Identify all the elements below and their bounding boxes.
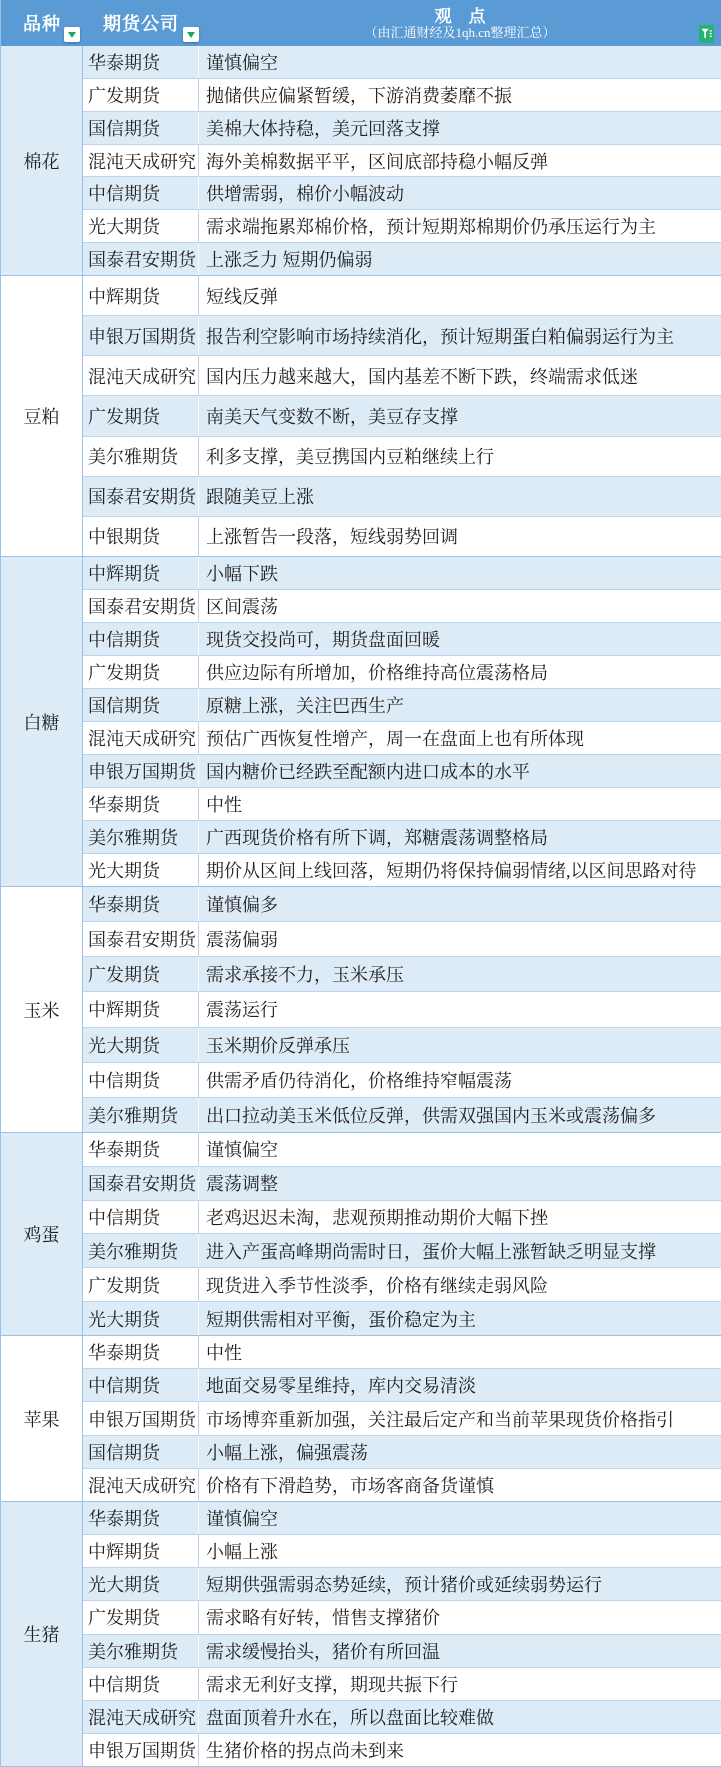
company-cell: 光大期货 <box>83 1302 199 1335</box>
opinion-cell: 小幅上涨，偏强震荡 <box>199 1436 721 1468</box>
company-cell: 华泰期货 <box>83 788 199 820</box>
opinion-cell: 谨慎偏空 <box>199 1502 721 1534</box>
opinion-cell: 海外美棉数据平平，区间底部持稳小幅反弹 <box>199 145 721 177</box>
company-cell: 中辉期货 <box>83 557 199 589</box>
opinion-cell: 需求承接不力，玉米承压 <box>199 957 721 991</box>
funnel-icon[interactable] <box>699 25 714 43</box>
opinion-cell: 原糖上涨，关注巴西生产 <box>199 689 721 721</box>
opinion-cell: 进入产蛋高峰期尚需时日，蛋价大幅上涨暂缺乏明显支撑 <box>199 1234 721 1267</box>
opinion-row: 光大期货短期供强需弱态势延续，预计猪价或延续弱势运行 <box>83 1568 721 1601</box>
commodity-cell: 棉花 <box>1 46 83 275</box>
commodity-section: 苹果华泰期货中性中信期货地面交易零星维持，库内交易清淡申银万国期货市场博弈重新加… <box>1 1336 721 1502</box>
company-filter-button[interactable] <box>183 27 199 42</box>
variety-filter-button[interactable] <box>64 27 80 42</box>
company-cell: 中信期货 <box>83 1668 199 1700</box>
company-cell: 广发期货 <box>83 1601 199 1633</box>
company-cell: 国泰君安期货 <box>83 243 199 275</box>
company-cell: 华泰期货 <box>83 1502 199 1534</box>
company-cell: 光大期货 <box>83 210 199 242</box>
opinion-row: 光大期货短期供需相对平衡，蛋价稳定为主 <box>83 1302 721 1335</box>
opinion-cell: 短线反弹 <box>199 276 721 315</box>
company-cell: 中银期货 <box>83 517 199 556</box>
opinion-cell: 现货交投尚可，期货盘面回暖 <box>199 623 721 655</box>
opinion-cell: 利多支撑，美豆携国内豆粕继续上行 <box>199 437 721 476</box>
company-cell: 混沌天成研究 <box>83 722 199 754</box>
company-header-label: 期货公司 <box>103 10 179 36</box>
opinion-cell: 短期供需相对平衡，蛋价稳定为主 <box>199 1302 721 1335</box>
company-cell: 光大期货 <box>83 1568 199 1600</box>
company-cell: 广发期货 <box>83 656 199 688</box>
opinion-cell: 小幅上涨 <box>199 1535 721 1567</box>
opinion-cell: 报告利空影响市场持续消化，预计短期蛋白粕偏弱运行为主 <box>199 316 721 355</box>
variety-header-label: 品种 <box>23 10 61 36</box>
opinion-cell: 预估广西恢复性增产，周一在盘面上也有所体现 <box>199 722 721 754</box>
opinion-cell: 震荡偏弱 <box>199 922 721 956</box>
company-cell: 国泰君安期货 <box>83 1167 199 1200</box>
opinion-cell: 现货进入季节性淡季，价格有继续走弱风险 <box>199 1268 721 1301</box>
company-cell: 申银万国期货 <box>83 1402 199 1434</box>
opinion-row: 国泰君安期货上涨乏力 短期仍偏弱 <box>83 243 721 275</box>
opinion-row: 美尔雅期货进入产蛋高峰期尚需时日，蛋价大幅上涨暂缺乏明显支撑 <box>83 1234 721 1268</box>
opinion-cell: 盘面顶着升水在，所以盘面比较难做 <box>199 1701 721 1733</box>
company-cell: 国信期货 <box>83 112 199 144</box>
commodity-cell: 生猪 <box>1 1502 83 1766</box>
opinion-cell: 国内糖价已经跌至配额内进口成本的水平 <box>199 755 721 787</box>
opinion-row: 华泰期货中性 <box>83 788 721 821</box>
company-cell: 中辉期货 <box>83 1535 199 1567</box>
chevron-down-icon <box>68 32 76 38</box>
opinion-row: 光大期货期价从区间上线回落，短期仍将保持偏弱情绪,以区间思路对待 <box>83 854 721 886</box>
opinion-cell: 上涨乏力 短期仍偏弱 <box>199 243 721 275</box>
opinion-row: 中辉期货小幅上涨 <box>83 1535 721 1568</box>
company-cell: 中信期货 <box>83 1369 199 1401</box>
opinion-row: 国泰君安期货震荡调整 <box>83 1167 721 1201</box>
opinion-cell: 期价从区间上线回落，短期仍将保持偏弱情绪,以区间思路对待 <box>199 854 721 886</box>
opinion-cell: 供增需弱，棉价小幅波动 <box>199 177 721 209</box>
opinion-row: 广发期货抛储供应偏紧暂缓，下游消费萎靡不振 <box>83 79 721 112</box>
opinion-cell: 跟随美豆上涨 <box>199 477 721 516</box>
opinion-cell: 小幅下跌 <box>199 557 721 589</box>
opinion-row: 美尔雅期货利多支撑，美豆携国内豆粕继续上行 <box>83 437 721 477</box>
opinion-row: 中辉期货短线反弹 <box>83 276 721 316</box>
opinion-row: 华泰期货谨慎偏空 <box>83 46 721 79</box>
opinion-row: 混沌天成研究海外美棉数据平平，区间底部持稳小幅反弹 <box>83 145 721 178</box>
commodity-section: 生猪华泰期货谨慎偏空中辉期货小幅上涨光大期货短期供强需弱态势延续，预计猪价或延续… <box>1 1502 721 1767</box>
company-cell: 国信期货 <box>83 689 199 721</box>
company-cell: 华泰期货 <box>83 46 199 78</box>
company-cell: 混沌天成研究 <box>83 356 199 395</box>
chevron-down-icon <box>187 32 195 38</box>
opinion-row: 光大期货玉米期价反弹承压 <box>83 1028 721 1063</box>
opinion-row: 广发期货现货进入季节性淡季，价格有继续走弱风险 <box>83 1268 721 1302</box>
opinion-cell: 需求端拖累郑棉价格，预计短期郑棉期价仍承压运行为主 <box>199 210 721 242</box>
opinion-cell: 震荡运行 <box>199 992 721 1026</box>
opinion-row: 中信期货老鸡迟迟未淘，悲观预期推动期价大幅下挫 <box>83 1201 721 1235</box>
company-cell: 美尔雅期货 <box>83 437 199 476</box>
opinion-row: 华泰期货谨慎偏空 <box>83 1502 721 1535</box>
opinion-row: 申银万国期货生猪价格的拐点尚未到来 <box>83 1734 721 1766</box>
opinion-cell: 美棉大体持稳，美元回落支撑 <box>199 112 721 144</box>
opinion-row: 混沌天成研究价格有下滑趋势，市场客商备货谨慎 <box>83 1469 721 1501</box>
variety-column-header: 品种 <box>1 0 83 46</box>
table-header: 品种 期货公司 观 点 （由汇通财经及1qh.cn整理汇总） <box>1 0 721 46</box>
opinion-row: 中辉期货震荡运行 <box>83 992 721 1027</box>
company-cell: 中信期货 <box>83 1063 199 1097</box>
opinion-cell: 供需矛盾仍待消化，价格维持窄幅震荡 <box>199 1063 721 1097</box>
company-cell: 国泰君安期货 <box>83 590 199 622</box>
opinion-cell: 上涨暂告一段落，短线弱势回调 <box>199 517 721 556</box>
company-cell: 中辉期货 <box>83 992 199 1026</box>
company-cell: 中信期货 <box>83 1201 199 1234</box>
opinion-cell: 中性 <box>199 1336 721 1368</box>
opinion-row: 华泰期货谨慎偏多 <box>83 887 721 922</box>
opinion-cell: 生猪价格的拐点尚未到来 <box>199 1734 721 1766</box>
viewpoint-column-header: 观 点 （由汇通财经及1qh.cn整理汇总） <box>199 0 721 46</box>
opinion-cell: 短期供强需弱态势延续，预计猪价或延续弱势运行 <box>199 1568 721 1600</box>
viewpoint-header-subtitle: （由汇通财经及1qh.cn整理汇总） <box>364 26 555 41</box>
opinion-cell: 震荡调整 <box>199 1167 721 1200</box>
opinion-row: 申银万国期货国内糖价已经跌至配额内进口成本的水平 <box>83 755 721 788</box>
opinion-row: 华泰期货中性 <box>83 1336 721 1369</box>
opinion-cell: 广西现货价格有所下调，郑糖震荡调整格局 <box>199 821 721 853</box>
company-cell: 华泰期货 <box>83 1336 199 1368</box>
opinion-cell: 价格有下滑趋势，市场客商备货谨慎 <box>199 1469 721 1501</box>
company-cell: 光大期货 <box>83 1028 199 1062</box>
opinion-cell: 区间震荡 <box>199 590 721 622</box>
opinion-row: 广发期货供应边际有所增加，价格维持高位震荡格局 <box>83 656 721 689</box>
company-cell: 混沌天成研究 <box>83 145 199 177</box>
company-cell: 国泰君安期货 <box>83 922 199 956</box>
company-cell: 美尔雅期货 <box>83 821 199 853</box>
opinion-row: 中信期货地面交易零星维持，库内交易清淡 <box>83 1369 721 1402</box>
opinion-row: 广发期货南美天气变数不断，美豆存支撑 <box>83 396 721 436</box>
opinion-cell: 中性 <box>199 788 721 820</box>
company-cell: 申银万国期货 <box>83 316 199 355</box>
opinion-row: 国信期货美棉大体持稳，美元回落支撑 <box>83 112 721 145</box>
opinion-row: 中辉期货小幅下跌 <box>83 557 721 590</box>
opinion-row: 中信期货供增需弱，棉价小幅波动 <box>83 177 721 210</box>
company-cell: 美尔雅期货 <box>83 1635 199 1667</box>
opinion-cell: 供应边际有所增加，价格维持高位震荡格局 <box>199 656 721 688</box>
opinion-cell: 谨慎偏空 <box>199 46 721 78</box>
opinion-row: 国泰君安期货震荡偏弱 <box>83 922 721 957</box>
commodity-cell: 鸡蛋 <box>1 1133 83 1335</box>
company-cell: 华泰期货 <box>83 887 199 921</box>
commodity-section: 棉花华泰期货谨慎偏空广发期货抛储供应偏紧暂缓，下游消费萎靡不振国信期货美棉大体持… <box>1 46 721 276</box>
commodity-section: 白糖中辉期货小幅下跌国泰君安期货区间震荡中信期货现货交投尚可，期货盘面回暖广发期… <box>1 557 721 887</box>
company-cell: 广发期货 <box>83 79 199 111</box>
company-cell: 混沌天成研究 <box>83 1701 199 1733</box>
company-cell: 广发期货 <box>83 396 199 435</box>
opinion-row: 混沌天成研究盘面顶着升水在，所以盘面比较难做 <box>83 1701 721 1734</box>
commodity-section: 豆粕中辉期货短线反弹申银万国期货报告利空影响市场持续消化，预计短期蛋白粕偏弱运行… <box>1 276 721 557</box>
opinion-cell: 需求略有好转，惜售支撑猪价 <box>199 1601 721 1633</box>
company-cell: 美尔雅期货 <box>83 1234 199 1267</box>
table-body: 棉花华泰期货谨慎偏空广发期货抛储供应偏紧暂缓，下游消费萎靡不振国信期货美棉大体持… <box>1 46 721 1767</box>
opinion-cell: 抛储供应偏紧暂缓，下游消费萎靡不振 <box>199 79 721 111</box>
opinion-row: 中银期货上涨暂告一段落，短线弱势回调 <box>83 517 721 556</box>
opinion-cell: 老鸡迟迟未淘，悲观预期推动期价大幅下挫 <box>199 1201 721 1234</box>
opinion-row: 国信期货小幅上涨，偏强震荡 <box>83 1436 721 1469</box>
company-cell: 美尔雅期货 <box>83 1098 199 1132</box>
company-cell: 申银万国期货 <box>83 1734 199 1766</box>
opinion-cell: 市场博弈重新加强，关注最后定产和当前苹果现货价格指引 <box>199 1402 721 1434</box>
commodity-section: 鸡蛋华泰期货谨慎偏空国泰君安期货震荡调整中信期货老鸡迟迟未淘，悲观预期推动期价大… <box>1 1133 721 1336</box>
opinion-row: 混沌天成研究预估广西恢复性增产，周一在盘面上也有所体现 <box>83 722 721 755</box>
opinion-row: 混沌天成研究国内压力越来越大，国内基差不断下跌，终端需求低迷 <box>83 356 721 396</box>
company-cell: 中信期货 <box>83 623 199 655</box>
opinion-cell: 地面交易零星维持，库内交易清淡 <box>199 1369 721 1401</box>
commodity-cell: 苹果 <box>1 1336 83 1501</box>
opinion-row: 广发期货需求略有好转，惜售支撑猪价 <box>83 1601 721 1634</box>
opinion-row: 美尔雅期货出口拉动美玉米低位反弹，供需双强国内玉米或震荡偏多 <box>83 1098 721 1132</box>
opinion-cell: 出口拉动美玉米低位反弹，供需双强国内玉米或震荡偏多 <box>199 1098 721 1132</box>
company-cell: 中辉期货 <box>83 276 199 315</box>
company-column-header: 期货公司 <box>83 0 199 46</box>
company-cell: 国信期货 <box>83 1436 199 1468</box>
opinion-cell: 南美天气变数不断，美豆存支撑 <box>199 396 721 435</box>
commodity-cell: 玉米 <box>1 887 83 1132</box>
opinion-cell: 需求无利好支撑，期现共振下行 <box>199 1668 721 1700</box>
commodity-section: 玉米华泰期货谨慎偏多国泰君安期货震荡偏弱广发期货需求承接不力，玉米承压中辉期货震… <box>1 887 721 1133</box>
company-cell: 华泰期货 <box>83 1133 199 1166</box>
opinion-row: 光大期货需求端拖累郑棉价格，预计短期郑棉期价仍承压运行为主 <box>83 210 721 243</box>
opinion-cell: 谨慎偏多 <box>199 887 721 921</box>
opinion-row: 国信期货原糖上涨，关注巴西生产 <box>83 689 721 722</box>
opinion-row: 中信期货供需矛盾仍待消化，价格维持窄幅震荡 <box>83 1063 721 1098</box>
opinion-row: 华泰期货谨慎偏空 <box>83 1133 721 1167</box>
viewpoint-header-label: 观 点 <box>435 7 486 26</box>
opinion-cell: 玉米期价反弹承压 <box>199 1028 721 1062</box>
opinion-row: 国泰君安期货跟随美豆上涨 <box>83 477 721 517</box>
opinion-row: 申银万国期货市场博弈重新加强，关注最后定产和当前苹果现货价格指引 <box>83 1402 721 1435</box>
company-cell: 中信期货 <box>83 177 199 209</box>
company-cell: 国泰君安期货 <box>83 477 199 516</box>
opinion-cell: 谨慎偏空 <box>199 1133 721 1166</box>
opinion-cell: 国内压力越来越大，国内基差不断下跌，终端需求低迷 <box>199 356 721 395</box>
commodity-cell: 白糖 <box>1 557 83 886</box>
company-cell: 广发期货 <box>83 1268 199 1301</box>
commodity-cell: 豆粕 <box>1 276 83 556</box>
opinion-row: 申银万国期货报告利空影响市场持续消化，预计短期蛋白粕偏弱运行为主 <box>83 316 721 356</box>
opinion-row: 美尔雅期货广西现货价格有所下调，郑糖震荡调整格局 <box>83 821 721 854</box>
opinion-row: 美尔雅期货需求缓慢抬头，猪价有所回温 <box>83 1635 721 1668</box>
company-cell: 申银万国期货 <box>83 755 199 787</box>
opinion-row: 国泰君安期货区间震荡 <box>83 590 721 623</box>
futures-opinion-table: 品种 期货公司 观 点 （由汇通财经及1qh.cn整理汇总） 棉花华泰期货谨慎偏… <box>0 0 721 1767</box>
company-cell: 光大期货 <box>83 854 199 886</box>
opinion-row: 广发期货需求承接不力，玉米承压 <box>83 957 721 992</box>
opinion-row: 中信期货现货交投尚可，期货盘面回暖 <box>83 623 721 656</box>
company-cell: 混沌天成研究 <box>83 1469 199 1501</box>
company-cell: 广发期货 <box>83 957 199 991</box>
opinion-row: 中信期货需求无利好支撑，期现共振下行 <box>83 1668 721 1701</box>
opinion-cell: 需求缓慢抬头，猪价有所回温 <box>199 1635 721 1667</box>
